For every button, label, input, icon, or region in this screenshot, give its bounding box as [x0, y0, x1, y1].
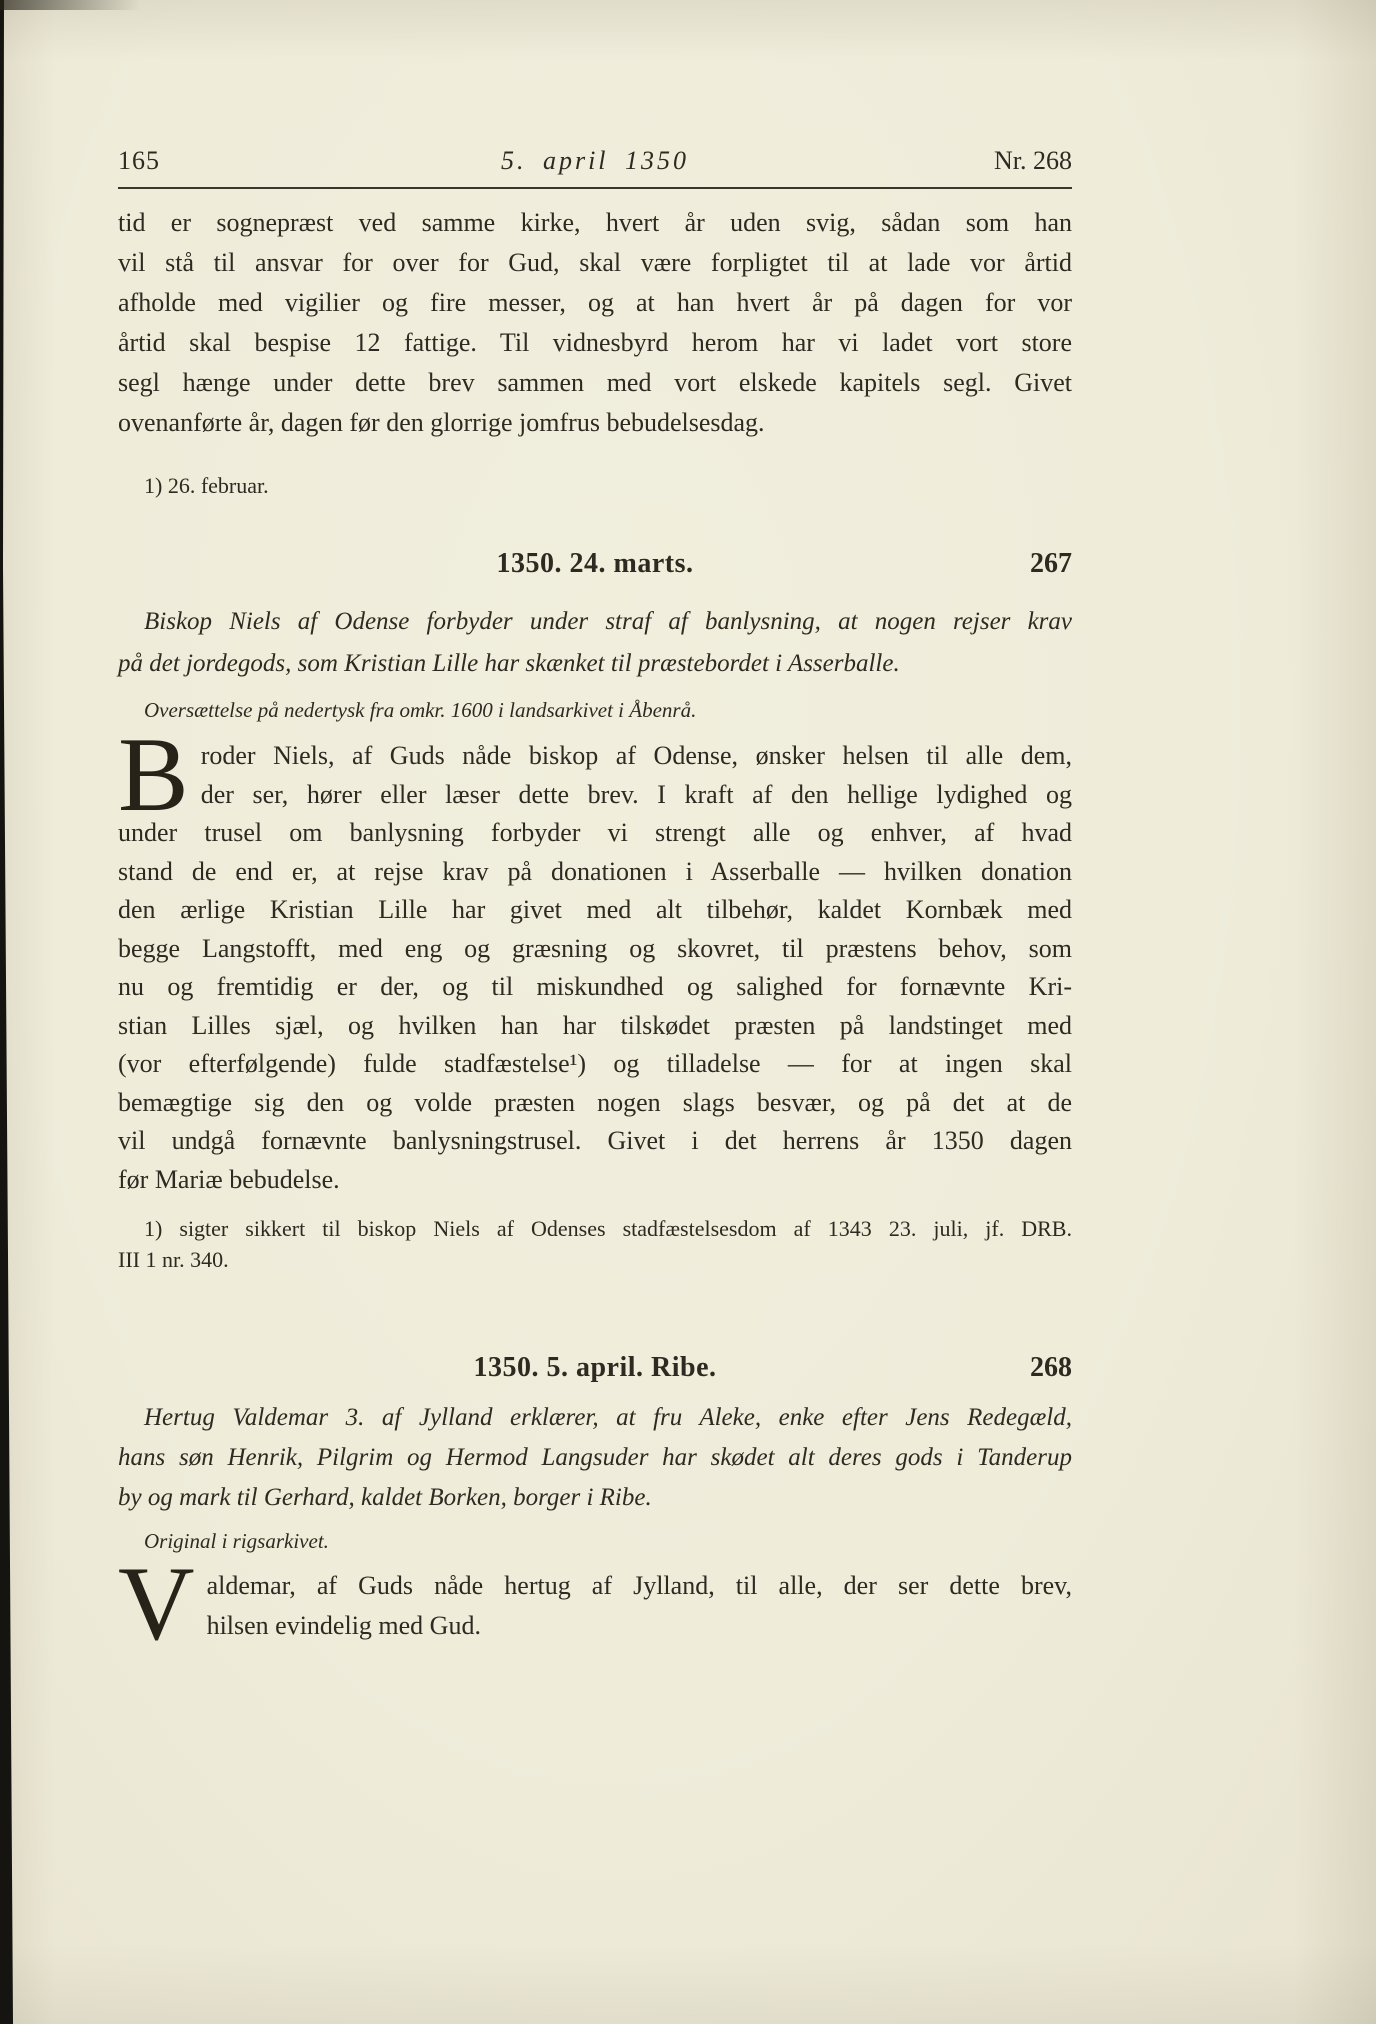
text-line: før Mariæ bebudelse. [118, 1161, 1072, 1200]
doc-268-body: V aldemar, af Guds nåde hertug af Jyllan… [118, 1566, 1072, 1646]
dropcap-letter: V [118, 1568, 195, 1640]
running-title: 5. april 1350 [118, 146, 1072, 176]
text-line: stand de end er, at rejse krav på donati… [118, 853, 1072, 892]
text-line: stian Lilles sjæl, og hvilken han har ti… [118, 1007, 1072, 1046]
doc-267-heading: 1350. 24. marts. [118, 548, 1072, 580]
footnote-26-februar: 1) 26. februar. [118, 470, 1072, 501]
doc-267-heading-row: 1350. 24. marts. 267 [118, 548, 1072, 588]
text-line: ovenanførte år, dagen før den glorrige j… [118, 403, 1072, 443]
text-line: begge Langstofft, med eng og græsning og… [118, 930, 1072, 969]
dropcap-letter: B [118, 739, 189, 811]
source-note-line: Oversættelse på nedertysk fra omkr. 1600… [118, 698, 1072, 723]
text-line: nu og fremtidig er der, og til miskundhe… [118, 968, 1072, 1007]
text-line: under trusel om banlysning forbyder vi s… [118, 814, 1072, 853]
text-line: der ser, hører eller læser dette brev. I… [118, 776, 1072, 815]
text-column: 165 5. april 1350 Nr. 268 tid er sognepr… [118, 0, 1072, 2024]
text-line: by og mark til Gerhard, kaldet Borken, b… [118, 1478, 1072, 1518]
continuation-paragraph: tid er sognepræst ved samme kirke, hvert… [118, 203, 1072, 443]
text-line: 1) 26. februar. [118, 470, 1072, 501]
page-header: 165 5. april 1350 Nr. 268 [118, 146, 1072, 184]
text-line: Hertug Valdemar 3. af Jylland erklærer, … [118, 1398, 1072, 1438]
doc-267-body-lines: roder Niels, af Guds nåde biskop af Oden… [118, 737, 1072, 1199]
doc-267-number: 267 [1030, 548, 1072, 580]
text-line: segl hænge under dette brev sammen med v… [118, 363, 1072, 403]
text-line: (vor efterfølgende) fulde stadfæstelse¹)… [118, 1045, 1072, 1084]
text-line: aldemar, af Guds nåde hertug af Jylland,… [118, 1566, 1072, 1606]
doc-267-footnote: 1) sigter sikkert til biskop Niels af Od… [118, 1213, 1072, 1275]
text-line: 1) sigter sikkert til biskop Niels af Od… [118, 1213, 1072, 1244]
text-line: roder Niels, af Guds nåde biskop af Oden… [118, 737, 1072, 776]
text-line: tid er sognepræst ved samme kirke, hvert… [118, 203, 1072, 243]
scan-edge-left [0, 0, 16, 2024]
text-line: vil stå til ansvar for over for Gud, ska… [118, 243, 1072, 283]
text-line: årtid skal bespise 12 fattige. Til vidne… [118, 323, 1072, 363]
doc-267-source-note: Oversættelse på nedertysk fra omkr. 1600… [118, 698, 1072, 723]
doc-268-heading-row: 1350. 5. april. Ribe. 268 [118, 1352, 1072, 1392]
text-line: bemægtige sig den og volde præsten nogen… [118, 1084, 1072, 1123]
text-line: hans søn Henrik, Pilgrim og Hermod Langs… [118, 1438, 1072, 1478]
text-line: hilsen evindelig med Gud. [118, 1606, 1072, 1646]
source-note-line: Original i rigsarkivet. [118, 1529, 1072, 1554]
text-line: vil undgå fornævnte banlysningstrusel. G… [118, 1122, 1072, 1161]
scanned-book-page: 165 5. april 1350 Nr. 268 tid er sognepr… [0, 0, 1376, 2024]
doc-268-source-note: Original i rigsarkivet. [118, 1529, 1072, 1554]
text-line: III 1 nr. 340. [118, 1244, 1072, 1275]
text-line: Biskop Niels af Odense forbyder under st… [118, 601, 1072, 643]
text-line: den ærlige Kristian Lille har givet med … [118, 891, 1072, 930]
doc-268-number: 268 [1030, 1352, 1072, 1384]
text-line: afholde med vigilier og fire messer, og … [118, 283, 1072, 323]
doc-267-summary: Biskop Niels af Odense forbyder under st… [118, 601, 1072, 685]
doc-268-body-lines: aldemar, af Guds nåde hertug af Jylland,… [118, 1566, 1072, 1646]
doc-268-heading: 1350. 5. april. Ribe. [118, 1352, 1072, 1384]
header-doc-ref: Nr. 268 [994, 146, 1072, 176]
header-rule [118, 187, 1072, 189]
doc-268-summary: Hertug Valdemar 3. af Jylland erklærer, … [118, 1398, 1072, 1518]
doc-267-body: B roder Niels, af Guds nåde biskop af Od… [118, 737, 1072, 1199]
text-line: på det jordegods, som Kristian Lille har… [118, 643, 1072, 685]
